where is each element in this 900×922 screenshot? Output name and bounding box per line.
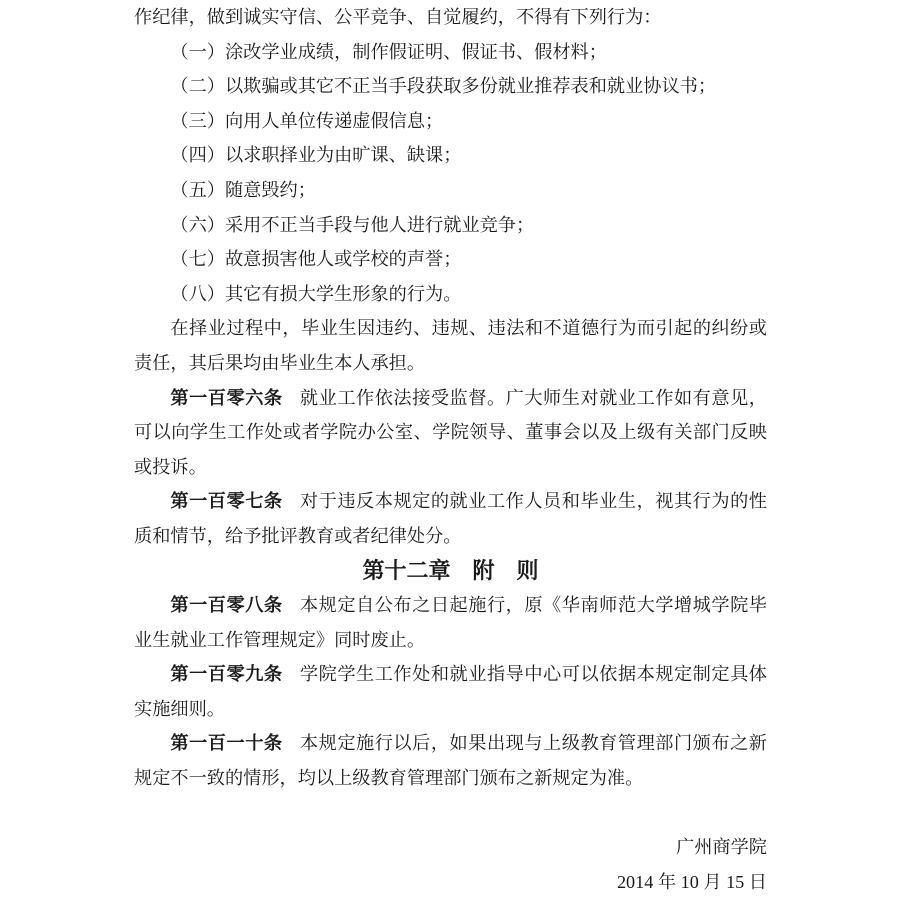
signature-org: 广州商学院 [134,830,767,865]
paragraph-article-109: 第一百零九条学院学生工作处和就业指导中心可以依据本规定制定具体实施细则。 [134,657,767,726]
article-106-number: 第一百零六条 [170,388,282,408]
list-item-8: （八）其它有损大学生形象的行为。 [134,277,767,312]
list-item-4: （四）以求职择业为由旷课、缺课； [134,138,767,173]
list-item-7: （七）故意损害他人或学校的声誉； [134,242,767,277]
signature-block: 广州商学院 2014 年 10 月 15 日 [134,830,767,899]
article-109-number: 第一百零九条 [170,664,282,684]
list-item-6: （六）采用不正当手段与他人进行就业竞争； [134,208,767,243]
paragraph-article-106: 第一百零六条就业工作依法接受监督。广大师生对就业工作如有意见，可以向学生工作处或… [134,381,767,485]
paragraph-article-110: 第一百一十条本规定施行以后，如果出现与上级教育管理部门颁布之新规定不一致的情形，… [134,726,767,795]
article-110-number: 第一百一十条 [170,733,282,753]
signature-date: 2014 年 10 月 15 日 [134,865,767,900]
list-item-2: （二）以欺骗或其它不正当手段获取多份就业推荐表和就业协议书； [134,69,767,104]
list-item-3: （三）向用人单位传递虚假信息； [134,104,767,139]
paragraph-disputes: 在择业过程中，毕业生因违约、违规、违法和不道德行为而引起的纠纷或责任，其后果均由… [134,311,767,380]
paragraph-continuation: 作纪律，做到诚实守信、公平竞争、自觉履约，不得有下列行为： [134,0,767,35]
chapter-12-heading: 第十二章 附 则 [134,554,767,589]
list-item-5: （五）随意毁约； [134,173,767,208]
article-108-number: 第一百零八条 [170,595,282,615]
article-107-number: 第一百零七条 [170,491,282,511]
paragraph-article-108: 第一百零八条本规定自公布之日起施行，原《华南师范大学增城学院毕业生就业工作管理规… [134,588,767,657]
document-page: 作纪律，做到诚实守信、公平竞争、自觉履约，不得有下列行为： （一）涂改学业成绩，… [0,0,900,922]
list-item-1: （一）涂改学业成绩，制作假证明、假证书、假材料； [134,35,767,70]
paragraph-article-107: 第一百零七条对于违反本规定的就业工作人员和毕业生，视其行为的性质和情节，给予批评… [134,484,767,553]
